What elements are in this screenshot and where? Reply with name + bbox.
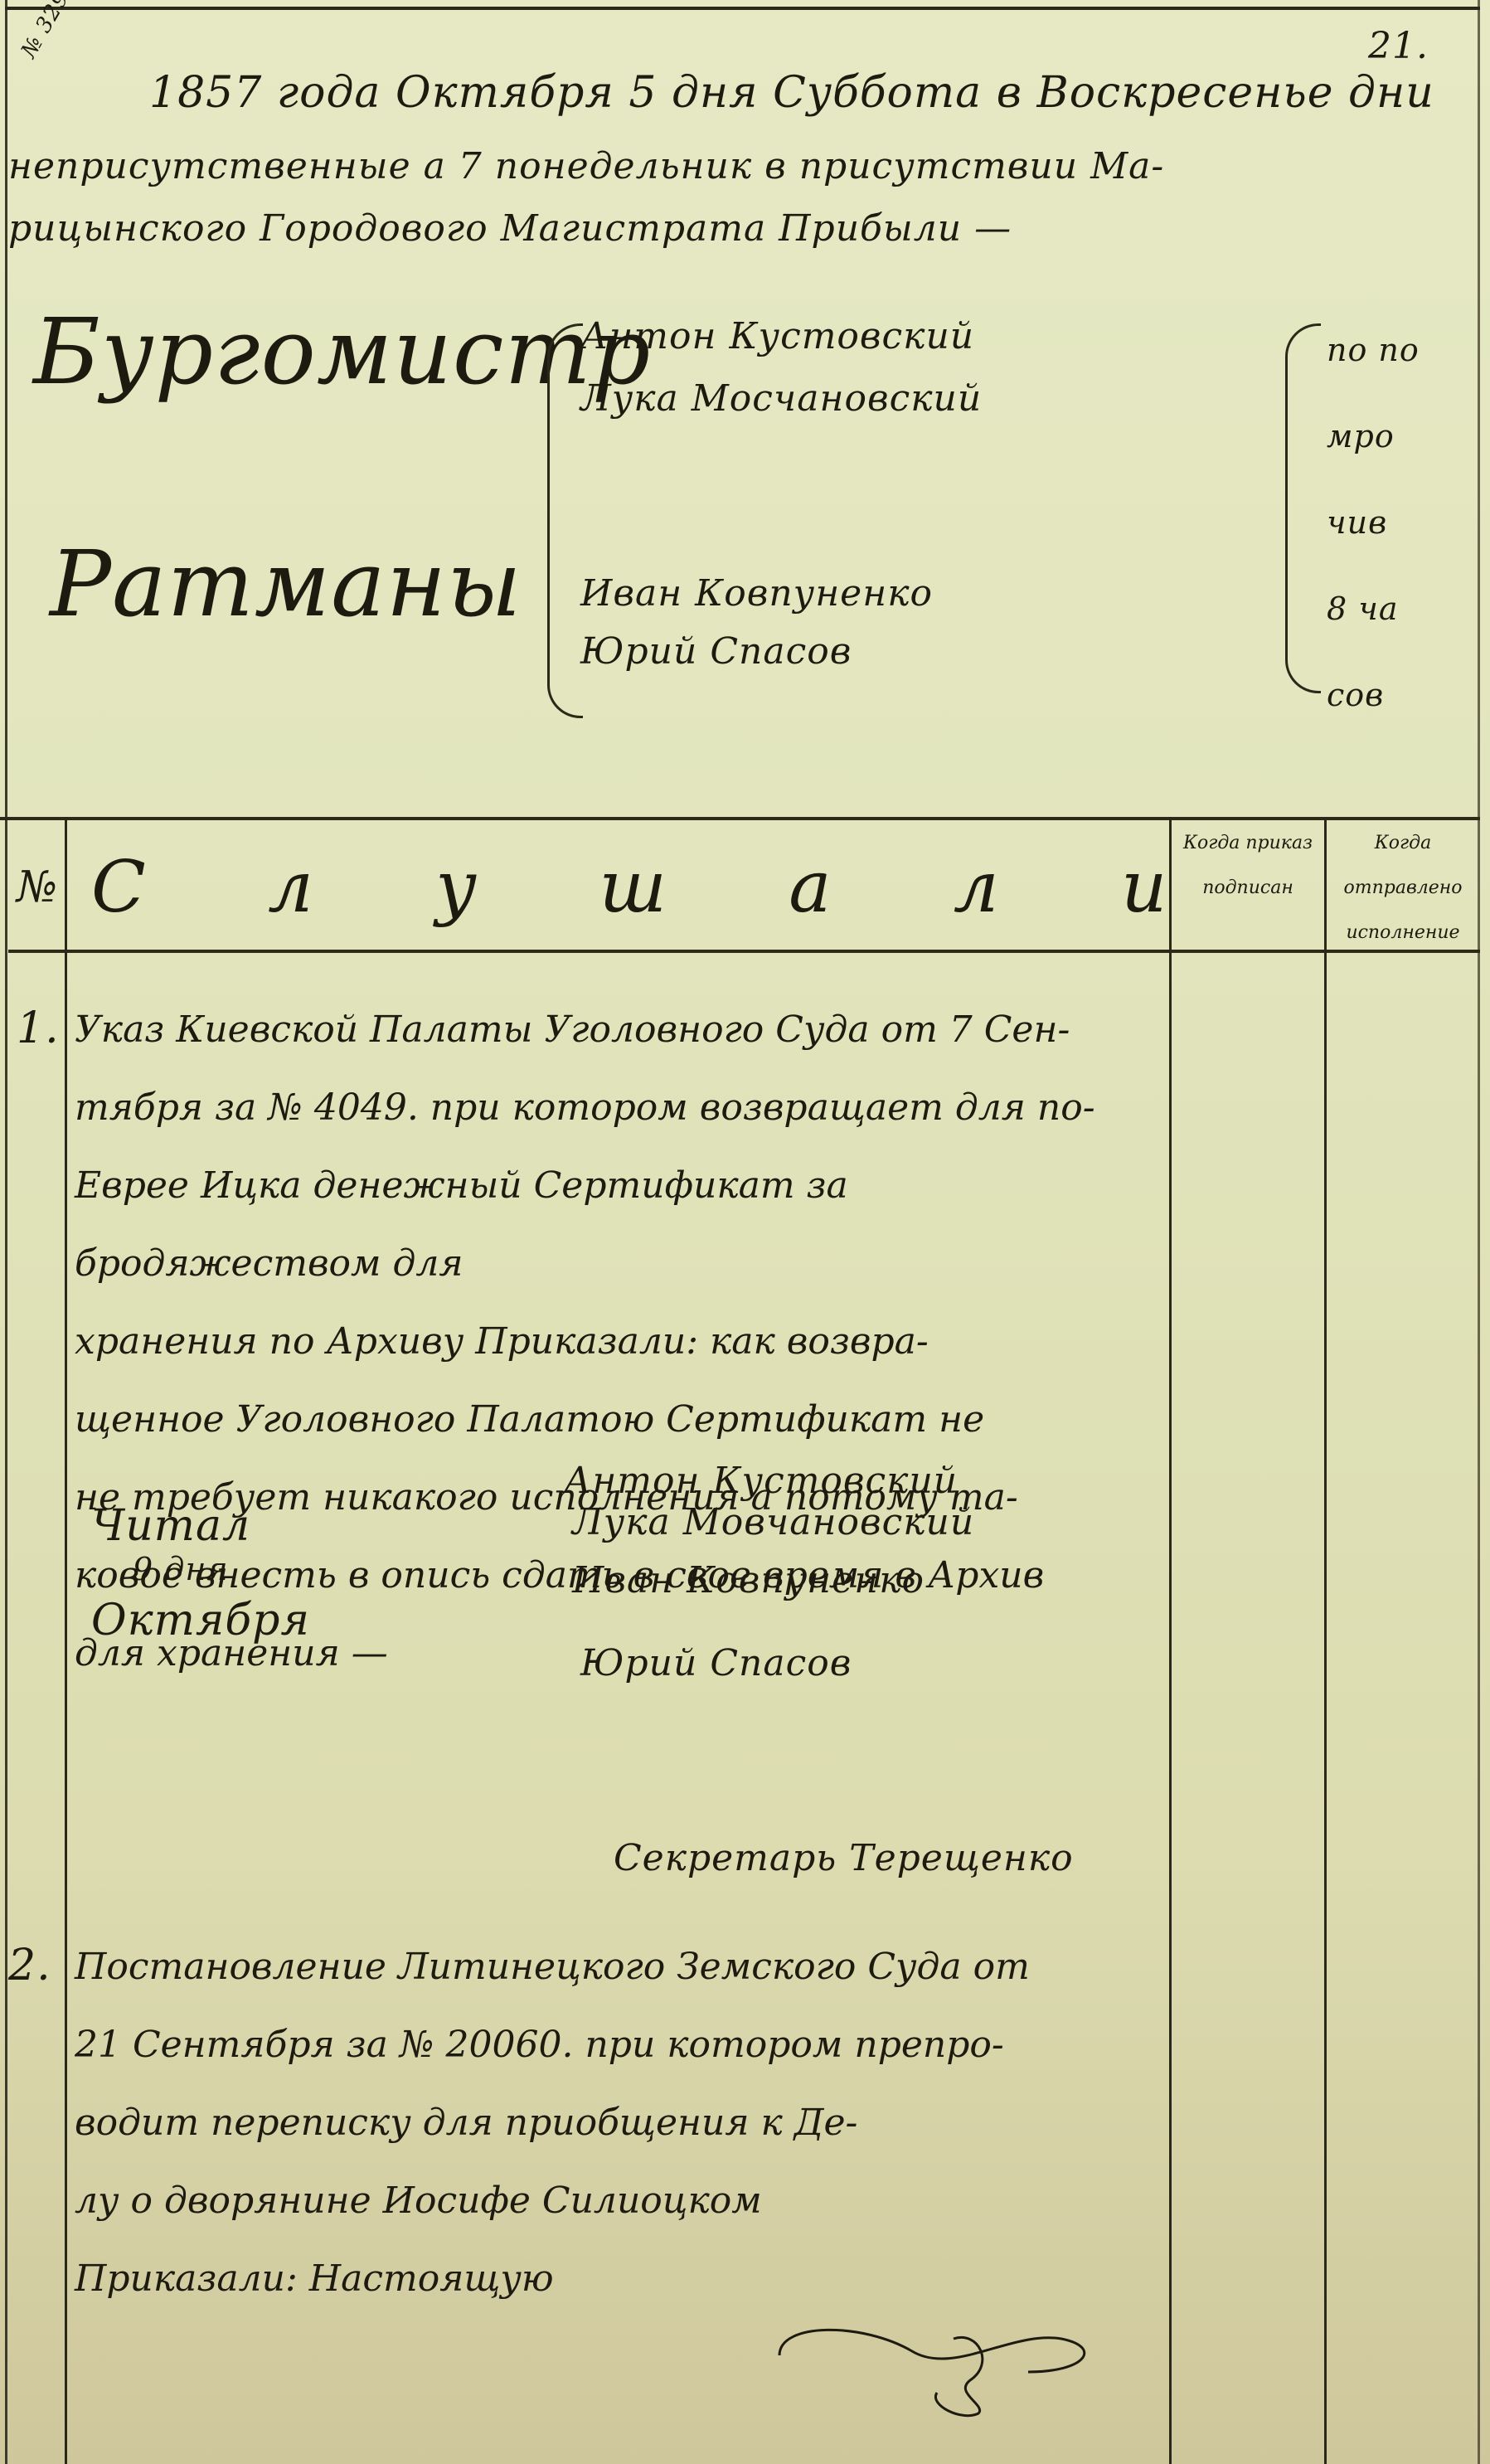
ratmans-label: Ратманы: [50, 531, 522, 637]
extra1-column-rule: [1169, 817, 1172, 2464]
table-header-rule: [8, 950, 1480, 953]
header-line-2: неприсутственные а 7 понедельник в прису…: [8, 145, 1164, 187]
col-main-header: С л у ш а л и: [91, 846, 1216, 929]
hours-note: по по мро чив 8 ча сов: [1327, 332, 1426, 713]
entry-1-number: 1.: [17, 1004, 60, 1053]
hours-brace: [1285, 323, 1321, 693]
entry-1-signature-2: Лука Мовчановский: [572, 1501, 974, 1543]
burgomaster-name-2: Лука Мосчановский: [580, 377, 982, 420]
col-extra2-header: Когда отправлено исполнение: [1328, 821, 1478, 955]
entry-1-signature-1: Антон Кустовский: [564, 1460, 958, 1502]
entry-1-margin-note: Читал 9 дня Октября: [91, 1501, 310, 1637]
header-line-3: рицынского Городового Магистрата Прибыли…: [8, 207, 1012, 250]
ratman-name-1: Иван Ковпуненко: [580, 572, 933, 615]
ratman-name-2: Юрий Спасов: [580, 630, 852, 673]
entry-2-number: 2.: [8, 1941, 51, 1990]
officials-brace: [547, 323, 583, 718]
entry-1-signature-4: Юрий Спасов: [580, 1642, 852, 1684]
page-left-edge: [5, 0, 7, 2464]
top-rule: [5, 7, 1480, 10]
header-line-1: 1857 года Октября 5 дня Суббота в Воскре…: [149, 68, 1434, 118]
page-right-edge: [1478, 0, 1480, 2464]
number-column-rule: [65, 817, 67, 2464]
document-page: № 329. 21. 1857 года Октября 5 дня Суббо…: [0, 0, 1490, 2464]
closing-flourish-icon: [763, 2314, 1111, 2422]
page-number: 21.: [1368, 25, 1429, 67]
table-top-rule: [0, 817, 1480, 820]
burgomaster-name-1: Антон Кустовский: [580, 315, 974, 357]
entry-2-text: Постановление Литинецкого Земского Суда …: [75, 1928, 1161, 2318]
secretary-signature: Секретарь Терещенко: [614, 1837, 1074, 1879]
col-number-header: №: [17, 863, 58, 912]
extra2-column-rule: [1324, 817, 1327, 2464]
col-extra1-header: Когда приказ подписан: [1174, 821, 1322, 911]
entry-1-signature-3: Иван Ковпуненко: [572, 1559, 925, 1601]
